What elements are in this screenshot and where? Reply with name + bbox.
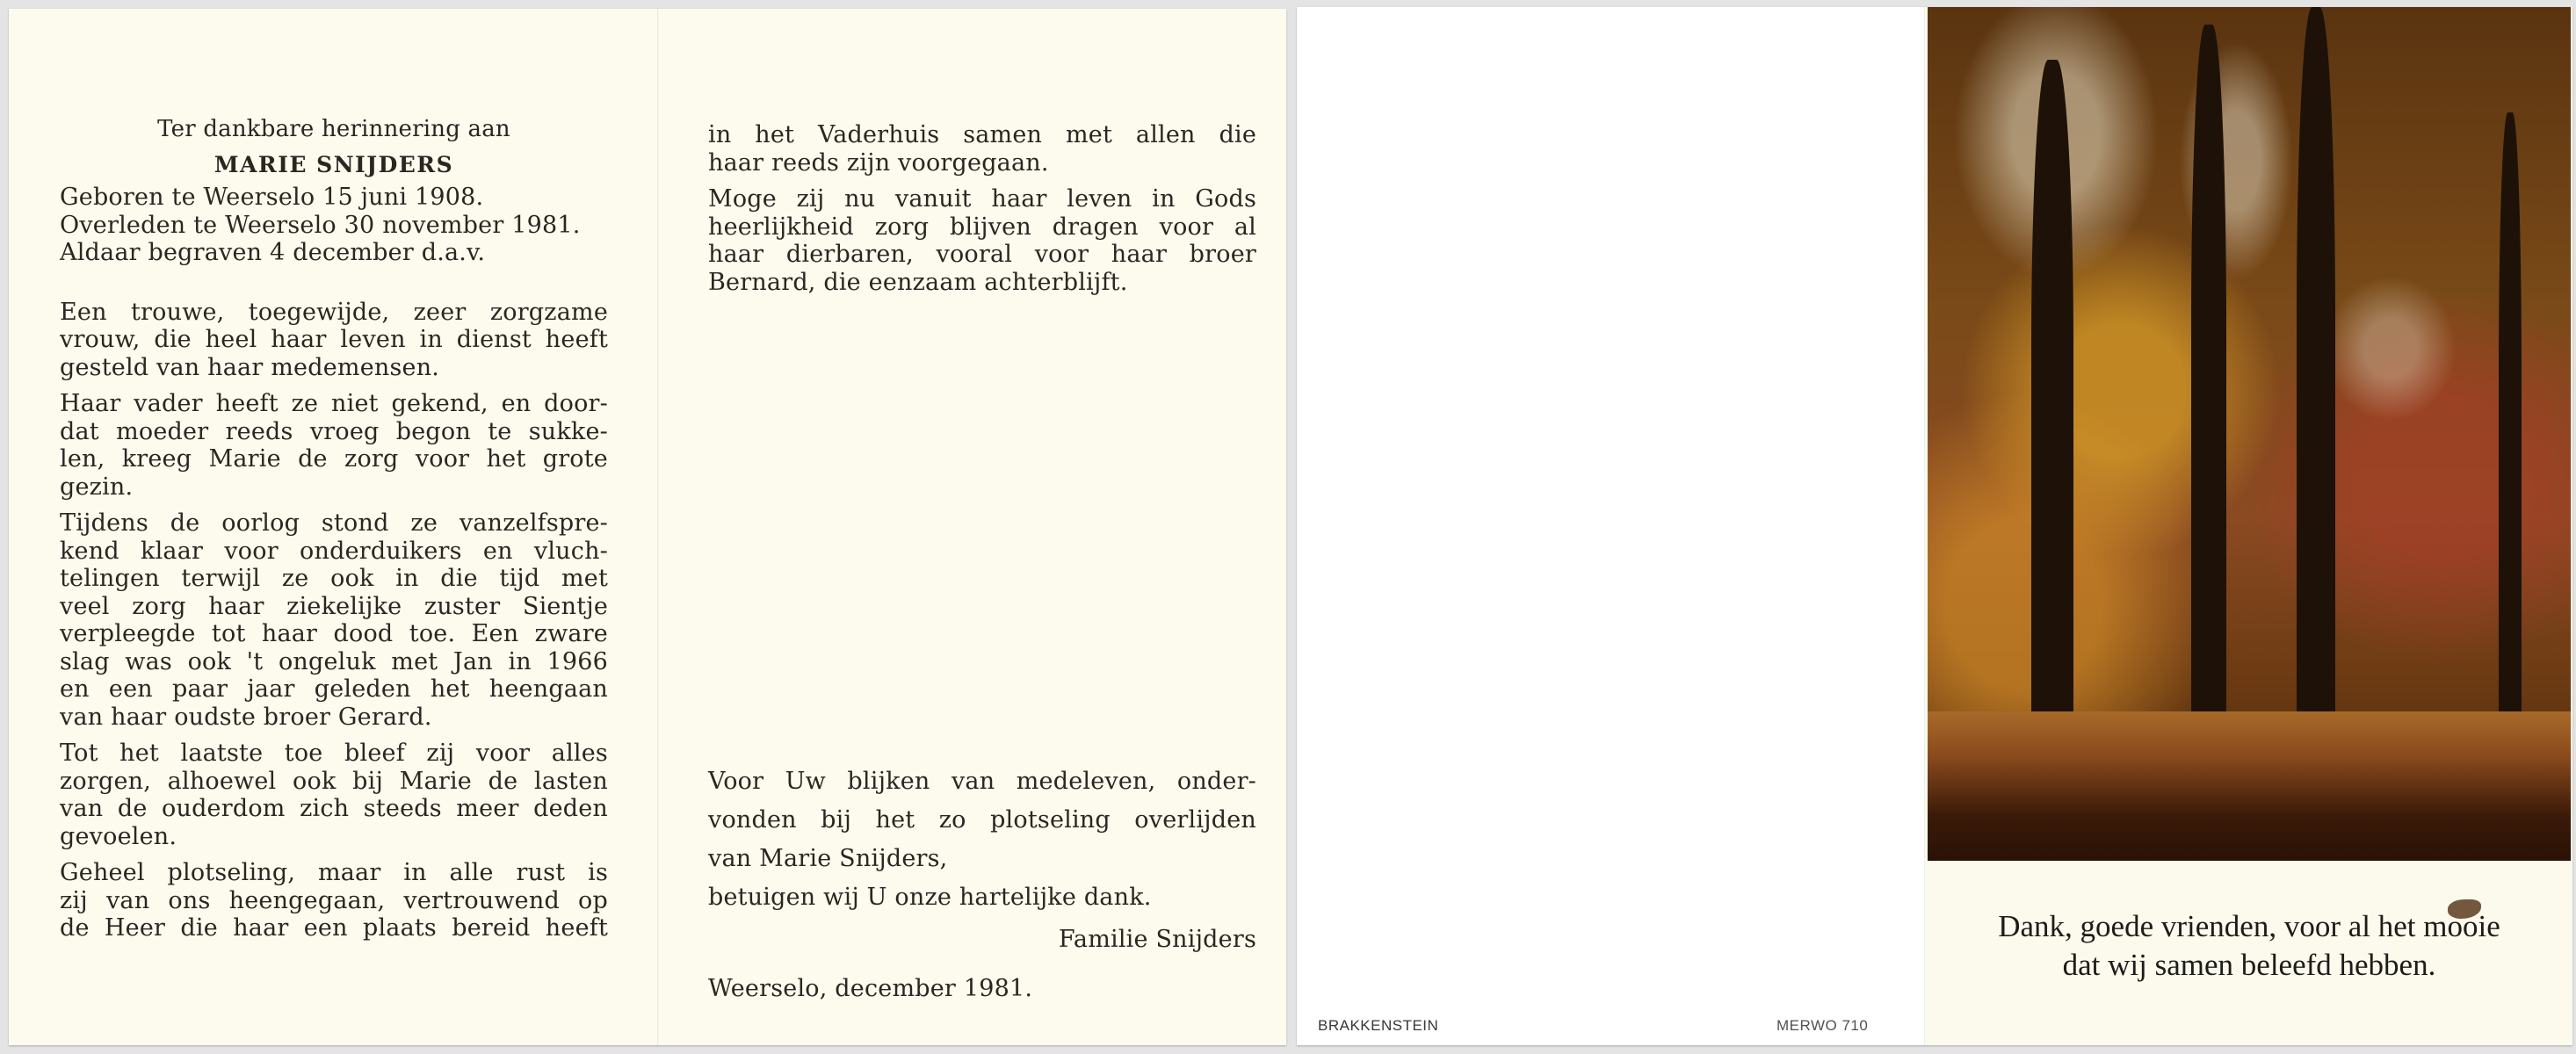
text-line: Een trouwe, toegewijde, zeer zorgzame (60, 299, 608, 327)
place-date: Weerselo, december 1981. (708, 970, 1256, 1008)
thanks-line: vonden bij het zo plotseling overlijden (708, 801, 1256, 840)
back-panel: BRAKKENSTEIN MERWO 710 (1297, 7, 1924, 1045)
text-line: en een paar jaar geleden het heengaan (60, 675, 608, 704)
deceased-name: MARIE SNIJDERS (60, 151, 608, 179)
biography-column: Ter dankbare herinnering aan MARIE SNIJD… (60, 116, 608, 951)
life-dates: Geboren te Weerselo 15 juni 1908. Overle… (60, 184, 608, 267)
paragraph-war: Tijdens de oorlog stond ze vanzelfspre- … (60, 509, 608, 731)
memorial-card-outside: BRAKKENSTEIN MERWO 710 Dank, goede vrien… (1297, 7, 2572, 1045)
text-line: de Heer die haar een plaats bereid heeft (60, 914, 608, 942)
paragraph-family: Haar vader heeft ze niet gekend, en door… (60, 390, 608, 501)
text-line: van de ouderdom zich steeds meer deden (60, 795, 608, 823)
continuation-column: in het Vaderhuis samen met allen die haa… (708, 121, 1256, 305)
text-line: dat moeder reeds vroeg begon te sukke- (60, 418, 608, 446)
memorial-card-inside: Ter dankbare herinnering aan MARIE SNIJD… (9, 9, 1286, 1045)
paragraph-vaderhuis: in het Vaderhuis samen met allen die haa… (708, 121, 1256, 177)
thanks-line: van Marie Snijders, (708, 840, 1256, 878)
paragraph-devotion: Een trouwe, toegewijde, zeer zorgzame vr… (60, 299, 608, 382)
autumn-forest-photo (1928, 7, 2571, 861)
text-line: Tot het laatste toe bleef zij voor alles (60, 740, 608, 768)
text-line: Moge zij nu vanuit haar leven in Gods (708, 185, 1256, 213)
caption-line: dat wij samen beleefd hebben. (1926, 946, 2572, 985)
text-line: in het Vaderhuis samen met allen die (708, 121, 1256, 149)
text-line: Bernard, die eenzaam achterblijft. (708, 269, 1256, 297)
death-line: Overleden te Weerselo 30 november 1981. (60, 212, 608, 240)
text-line: Haar vader heeft ze niet gekend, en door… (60, 390, 608, 418)
text-line: veel zorg haar ziekelijke zuster Sientje (60, 593, 608, 621)
family-signature: Familie Snijders (708, 920, 1256, 959)
paragraph-prayer: Moge zij nu vanuit haar leven in Gods he… (708, 185, 1256, 296)
dedication-heading: Ter dankbare herinnering aan (60, 116, 608, 144)
front-panel: Dank, goede vrienden, voor al het mooie … (1926, 7, 2572, 1045)
text-line: gezin. (60, 473, 608, 502)
text-line: kend klaar voor onderduikers en vluch- (60, 538, 608, 566)
text-line: heerlijkheid zorg blijven dragen voor al (708, 213, 1256, 242)
text-line: verpleegde tot haar dood toe. Een zware (60, 620, 608, 648)
inside-right-panel: in het Vaderhuis samen met allen die haa… (659, 9, 1286, 1045)
text-line: len, kreeg Marie de zorg voor het grote (60, 445, 608, 473)
burial-line: Aldaar begraven 4 december d.a.v. (60, 239, 608, 267)
front-caption: Dank, goede vrienden, voor al het mooie … (1926, 907, 2572, 985)
text-line: zij van ons heengegaan, vertrouwend op (60, 887, 608, 915)
thanks-line: Voor Uw blijken van medeleven, onder- (708, 762, 1256, 801)
publisher-label: BRAKKENSTEIN (1318, 1017, 1438, 1035)
text-line: Geheel plotseling, maar in alle rust is (60, 859, 608, 887)
text-line: gesteld van haar medemensen. (60, 354, 608, 382)
text-line: haar dierbaren, vooral voor haar broer (708, 241, 1256, 269)
text-line: zorgen, alhoewel ook bij Marie de lasten (60, 768, 608, 796)
text-line: Tijdens de oorlog stond ze vanzelfspre- (60, 509, 608, 538)
inside-left-panel: Ter dankbare herinnering aan MARIE SNIJD… (9, 9, 657, 1045)
paragraph-passing: Geheel plotseling, maar in alle rust is … (60, 859, 608, 942)
text-line: slag was ook 't ongeluk met Jan in 1966 (60, 648, 608, 676)
text-line: vrouw, die heel haar leven in dienst hee… (60, 326, 608, 354)
paragraph-old-age: Tot het laatste toe bleef zij voor alles… (60, 740, 608, 850)
print-code: MERWO 710 (1776, 1017, 1868, 1035)
text-line: van haar oudste broer Gerard. (60, 704, 608, 732)
thanks-column: Voor Uw blijken van medeleven, onder- vo… (708, 762, 1256, 1008)
birth-line: Geboren te Weerselo 15 juni 1908. (60, 184, 608, 212)
thanks-line: betuigen wij U onze hartelijke dank. (708, 878, 1256, 917)
text-line: gevoelen. (60, 823, 608, 851)
caption-line: Dank, goede vrienden, voor al het mooie (1926, 907, 2572, 946)
text-line: telingen terwijl ze ook in die tijd met (60, 565, 608, 593)
text-line: haar reeds zijn voorgegaan. (708, 149, 1256, 177)
